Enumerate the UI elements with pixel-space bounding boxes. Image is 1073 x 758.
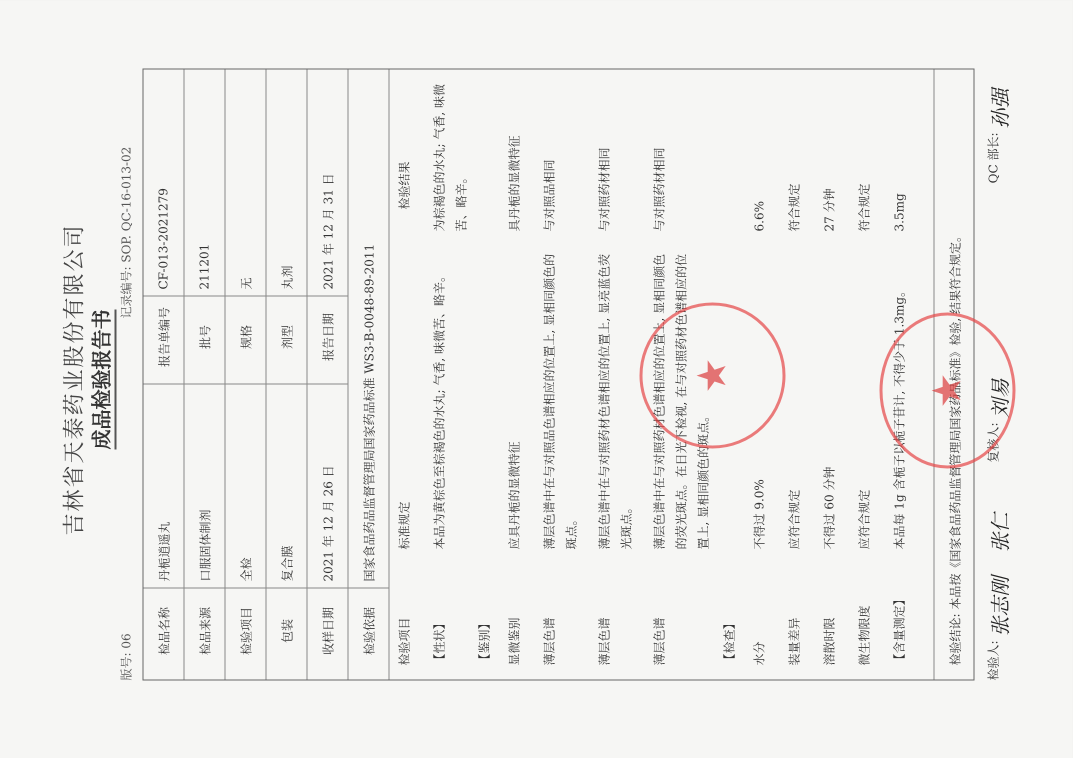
info-value: 全检 bbox=[226, 384, 266, 588]
info-value: 口服固体制剂 bbox=[185, 384, 225, 588]
test-result: 与对照品相同 bbox=[539, 82, 561, 232]
test-item: 水分 bbox=[749, 641, 771, 665]
test-result: 具丹栀的显微特征 bbox=[504, 82, 526, 232]
info-row: 收样日期2021 年 12 月 26 日报告日期2021 年 12 月 31 日 bbox=[308, 70, 349, 680]
basis-value: 国家食品药品监督管理局国家药品标准 WS3-B-0048-89-2011 bbox=[349, 70, 389, 588]
info-label: 报告日期 bbox=[308, 296, 348, 384]
info-row: 检验项目全检规格无 bbox=[226, 70, 267, 680]
test-item: 显微鉴别 bbox=[504, 617, 526, 665]
info-row: 检品来源口服固体制剂批号211201 bbox=[185, 70, 226, 680]
info-value: 无 bbox=[226, 70, 266, 296]
test-standard: 不得过 60 分钟 bbox=[819, 250, 841, 550]
red-seal-stamp: ★ bbox=[640, 303, 786, 449]
test-item: 微生物限度 bbox=[854, 605, 876, 665]
info-row: 包装复合膜剂型丸剂 bbox=[267, 70, 308, 680]
info-label: 报告单编号 bbox=[144, 296, 184, 384]
test-item: 溶散时限 bbox=[819, 617, 841, 665]
test-item: 【检查】 bbox=[719, 617, 741, 665]
test-result: 为棕褐色的水丸; 气香, 味微苦、略辛。 bbox=[429, 82, 473, 232]
test-standard: 薄层色谱中在与对照药材色谱相应的位置上, 显亮蓝色荧光斑点。 bbox=[594, 250, 638, 550]
version-number: 版号: 06 bbox=[118, 633, 135, 680]
inspector-signature: 张志刚 bbox=[985, 576, 1014, 636]
test-result: 符合规定 bbox=[784, 82, 806, 232]
test-result: 3.5mg bbox=[889, 82, 911, 232]
record-number: 记录编号: SOP. QC-16-013-02 bbox=[118, 147, 135, 319]
test-item: 【性状】 bbox=[429, 617, 451, 665]
info-label: 收样日期 bbox=[308, 588, 348, 680]
test-standard: 本品为黄棕色至棕褐色的水丸; 气香, 味微苦、略辛。 bbox=[429, 250, 451, 550]
info-value: 丸剂 bbox=[267, 70, 307, 296]
report-table: 检品名称丹栀逍遥丸报告单编号CF-013-2021279检品来源口服固体制剂批号… bbox=[143, 69, 975, 681]
inspector2-signature: 张仁 bbox=[985, 512, 1014, 552]
inspector-label: 检验人: bbox=[985, 640, 1014, 680]
col-result: 检验结果 bbox=[394, 60, 416, 210]
test-standard: 应符合规定 bbox=[784, 250, 806, 550]
col-standard: 标准规定 bbox=[394, 250, 416, 550]
test-standard: 应符合规定 bbox=[854, 250, 876, 550]
test-item: 薄层色谱 bbox=[594, 617, 616, 665]
qc-signature: 孙强 bbox=[985, 89, 1014, 129]
test-result: 与对照药材相同 bbox=[594, 82, 616, 232]
qc-dept-seal-stamp: ★ bbox=[880, 313, 1016, 469]
report-title: 成品检验报告书 bbox=[86, 1, 115, 758]
test-standard: 薄层色谱中在与对照品色谱相应的位置上, 显相同颜色的斑点。 bbox=[539, 250, 583, 550]
info-value: 211201 bbox=[185, 70, 225, 296]
info-value: 复合膜 bbox=[267, 384, 307, 588]
test-item: 薄层色谱 bbox=[649, 617, 671, 665]
test-result: 符合规定 bbox=[854, 82, 876, 232]
basis-label: 检验依据 bbox=[349, 588, 389, 680]
info-label: 规格 bbox=[226, 296, 266, 384]
test-item: 薄层色谱 bbox=[539, 617, 561, 665]
info-value: 2021 年 12 月 31 日 bbox=[308, 70, 348, 296]
test-item: 【鉴别】 bbox=[474, 617, 496, 665]
report-page: 吉林省天泰药业股份有限公司 成品检验报告书 版号: 06 记录编号: SOP. … bbox=[0, 1, 1073, 758]
info-value: CF-013-2021279 bbox=[144, 70, 184, 296]
test-item: 【含量测定】 bbox=[889, 593, 911, 665]
test-result: 与对照药材相同 bbox=[649, 82, 671, 232]
test-result: 27 分钟 bbox=[819, 82, 841, 232]
info-label: 检验项目 bbox=[226, 588, 266, 680]
col-item: 检验项目 bbox=[394, 617, 416, 665]
info-label: 包装 bbox=[267, 588, 307, 680]
info-label: 批号 bbox=[185, 296, 225, 384]
test-standard: 应具丹栀的显微特征 bbox=[504, 250, 526, 550]
info-label: 检品名称 bbox=[144, 588, 184, 680]
info-value: 丹栀逍遥丸 bbox=[144, 384, 184, 588]
test-result: 6.6% bbox=[749, 82, 771, 232]
info-label: 检品来源 bbox=[185, 588, 225, 680]
qc-label: QC 部长: bbox=[985, 133, 1014, 184]
company-name: 吉林省天泰药业股份有限公司 bbox=[58, 1, 89, 758]
info-label: 剂型 bbox=[267, 296, 307, 384]
info-row: 检品名称丹栀逍遥丸报告单编号CF-013-2021279 bbox=[144, 70, 185, 680]
test-item: 装量差异 bbox=[784, 617, 806, 665]
info-value: 2021 年 12 月 26 日 bbox=[308, 384, 348, 588]
basis-row: 检验依据 国家食品药品监督管理局国家药品标准 WS3-B-0048-89-201… bbox=[349, 70, 390, 680]
